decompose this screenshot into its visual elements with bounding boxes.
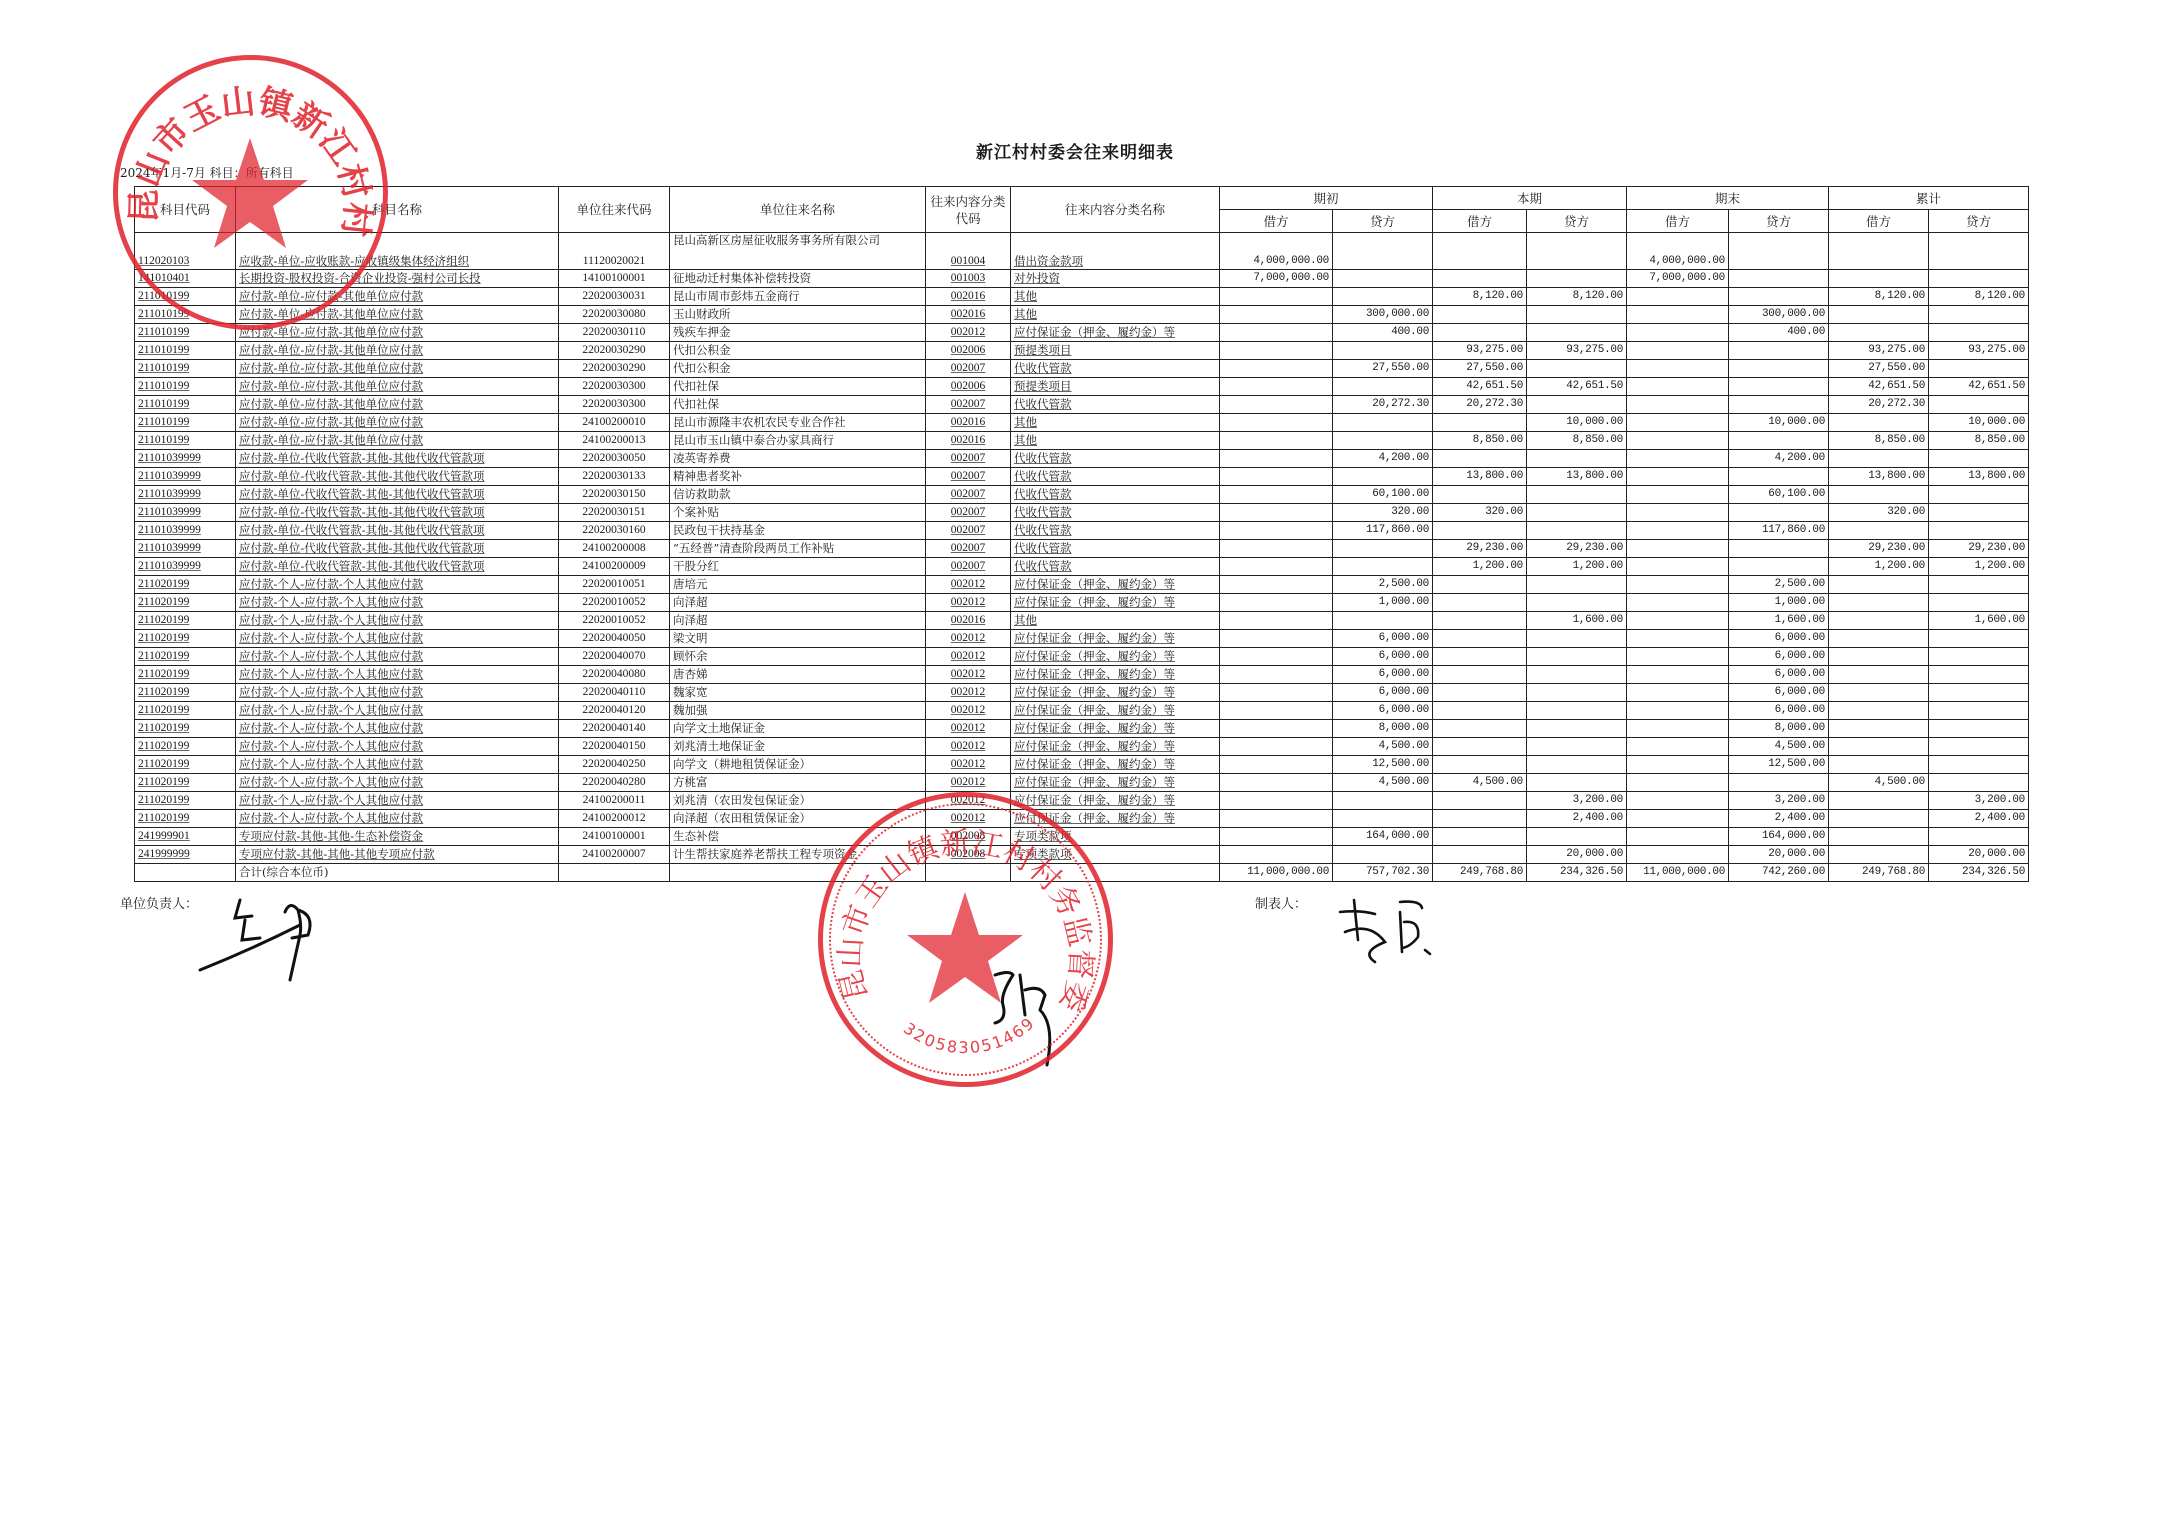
amount-cell-open-cr: 27,550.00 xyxy=(1333,360,1433,378)
header-credit: 贷方 xyxy=(1527,210,1627,233)
amount-cell-open-dr: 7,000,000.00 xyxy=(1220,270,1333,288)
amount-cell-cur-cr xyxy=(1527,684,1627,702)
amount-cell-cum-cr xyxy=(1929,828,2029,846)
amount-cell-end-dr xyxy=(1627,828,1729,846)
category-name-cell: 应付保证金（押金、履约金）等 xyxy=(1011,756,1220,774)
amount-cell-cur-dr xyxy=(1433,846,1527,864)
amount-cell-open-dr xyxy=(1220,486,1333,504)
amount-cell-cur-cr: 8,850.00 xyxy=(1527,432,1627,450)
amount-cell-end-dr xyxy=(1627,432,1729,450)
subject-name-cell: 应付款-个人-应付款-个人其他应付款 xyxy=(236,792,559,810)
category-code-cell: 002012 xyxy=(926,630,1011,648)
amount-cell-cur-cr: 42,651.50 xyxy=(1527,378,1627,396)
party-name-cell: 向学文土地保证金 xyxy=(670,720,926,738)
table-row: 21101039999应付款-单位-代收代管款-其他-其他代收代管款项22020… xyxy=(135,522,2029,540)
party-code-cell: 14100100001 xyxy=(559,270,670,288)
party-code-cell: 22020040050 xyxy=(559,630,670,648)
header-credit: 贷方 xyxy=(1333,210,1433,233)
amount-cell-cum-cr xyxy=(1929,396,2029,414)
table-row: 112020103应收款-单位-应收账款-应收镇级集体经济组织111200200… xyxy=(135,233,2029,270)
category-code-cell: 002016 xyxy=(926,306,1011,324)
category-name-cell: 代收代管款 xyxy=(1011,540,1220,558)
category-name-cell: 专项类款项 xyxy=(1011,846,1220,864)
category-name-cell: 其他 xyxy=(1011,432,1220,450)
amount-cell-cum-cr xyxy=(1929,522,2029,540)
table-row: 211010199应付款-单位-应付款-其他单位应付款24100200010昆山… xyxy=(135,414,2029,432)
party-name-cell: 刘兆清（农田发包保证金） xyxy=(670,792,926,810)
category-name-cell: 其他 xyxy=(1011,288,1220,306)
amount-cell-cur-dr: 27,550.00 xyxy=(1433,360,1527,378)
amount-cell-open-cr xyxy=(1333,233,1433,270)
party-code-cell: 24100200008 xyxy=(559,540,670,558)
amount-cell-end-cr: 1,000.00 xyxy=(1729,594,1829,612)
amount-cell-open-cr xyxy=(1333,270,1433,288)
amount-cell-cur-dr xyxy=(1433,233,1527,270)
subject-code-cell: 211020199 xyxy=(135,774,236,792)
amount-cell-cum-cr: 93,275.00 xyxy=(1929,342,2029,360)
subject-name-cell: 应付款-单位-应付款-其他单位应付款 xyxy=(236,432,559,450)
amount-cell-open-cr: 12,500.00 xyxy=(1333,756,1433,774)
amount-cell-open-cr: 6,000.00 xyxy=(1333,648,1433,666)
category-code-cell: 002007 xyxy=(926,468,1011,486)
subject-name-cell: 应付款-个人-应付款-个人其他应付款 xyxy=(236,594,559,612)
subject-name-cell: 应付款-单位-应付款-其他单位应付款 xyxy=(236,378,559,396)
amount-cell-cum-dr xyxy=(1829,270,1929,288)
amount-cell-cur-cr xyxy=(1527,738,1627,756)
amount-cell-open-cr xyxy=(1333,468,1433,486)
party-name-cell: 向泽超（农田租赁保证金） xyxy=(670,810,926,828)
amount-cell-end-dr xyxy=(1627,648,1729,666)
amount-cell-cur-dr xyxy=(1433,648,1527,666)
category-code-cell: 002012 xyxy=(926,774,1011,792)
amount-cell-end-dr xyxy=(1627,576,1729,594)
category-code-cell: 002007 xyxy=(926,540,1011,558)
total-amount-end-dr: 11,000,000.00 xyxy=(1627,864,1729,882)
category-name-cell: 应付保证金（押金、履约金）等 xyxy=(1011,324,1220,342)
category-name-cell: 应付保证金（押金、履约金）等 xyxy=(1011,792,1220,810)
category-name-cell: 代收代管款 xyxy=(1011,468,1220,486)
amount-cell-cum-dr: 4,500.00 xyxy=(1829,774,1929,792)
party-name-cell: 昆山市源隆丰农机农民专业合作社 xyxy=(670,414,926,432)
party-name-cell: 精神患者奖补 xyxy=(670,468,926,486)
amount-cell-end-cr: 4,500.00 xyxy=(1729,738,1829,756)
party-name-cell: 凌英寄养费 xyxy=(670,450,926,468)
party-name-cell: 向泽超 xyxy=(670,594,926,612)
amount-cell-end-cr: 117,860.00 xyxy=(1729,522,1829,540)
amount-cell-open-cr: 60,100.00 xyxy=(1333,486,1433,504)
category-code-cell: 002007 xyxy=(926,522,1011,540)
category-code-cell: 002016 xyxy=(926,414,1011,432)
party-code-cell: 24100200012 xyxy=(559,810,670,828)
amount-cell-cum-dr xyxy=(1829,666,1929,684)
amount-cell-cum-dr xyxy=(1829,450,1929,468)
amount-cell-cum-cr xyxy=(1929,450,2029,468)
category-name-cell: 应付保证金（押金、履约金）等 xyxy=(1011,810,1220,828)
amount-cell-end-cr xyxy=(1729,504,1829,522)
amount-cell-end-cr xyxy=(1729,396,1829,414)
amount-cell-open-cr xyxy=(1333,612,1433,630)
amount-cell-cum-cr xyxy=(1929,774,2029,792)
amount-cell-end-dr xyxy=(1627,558,1729,576)
amount-cell-end-cr: 12,500.00 xyxy=(1729,756,1829,774)
amount-cell-cur-dr xyxy=(1433,486,1527,504)
amount-cell-end-cr: 1,600.00 xyxy=(1729,612,1829,630)
amount-cell-end-dr xyxy=(1627,504,1729,522)
party-code-cell: 22020040070 xyxy=(559,648,670,666)
subject-name-cell: 应付款-个人-应付款-个人其他应付款 xyxy=(236,774,559,792)
amount-cell-cum-dr xyxy=(1829,828,1929,846)
party-code-cell: 22020010052 xyxy=(559,612,670,630)
subject-code-cell: 21101039999 xyxy=(135,540,236,558)
amount-cell-end-cr xyxy=(1729,378,1829,396)
amount-cell-cur-cr: 2,400.00 xyxy=(1527,810,1627,828)
subject-code-cell: 211020199 xyxy=(135,702,236,720)
amount-cell-open-cr: 4,500.00 xyxy=(1333,738,1433,756)
table-row: 21101039999应付款-单位-代收代管款-其他-其他代收代管款项24100… xyxy=(135,558,2029,576)
subject-name-cell: 应付款-单位-代收代管款-其他-其他代收代管款项 xyxy=(236,504,559,522)
amount-cell-cum-cr xyxy=(1929,233,2029,270)
category-name-cell: 对外投资 xyxy=(1011,270,1220,288)
party-code-cell: 24100200013 xyxy=(559,432,670,450)
total-amount-cur-cr: 234,326.50 xyxy=(1527,864,1627,882)
amount-cell-end-cr xyxy=(1729,360,1829,378)
amount-cell-cum-dr xyxy=(1829,306,1929,324)
category-code-cell: 002012 xyxy=(926,594,1011,612)
ledger-body: 112020103应收款-单位-应收账款-应收镇级集体经济组织111200200… xyxy=(135,233,2029,882)
amount-cell-cum-cr xyxy=(1929,702,2029,720)
table-row: 211020199应付款-个人-应付款-个人其他应付款22020010052向泽… xyxy=(135,594,2029,612)
unit-head-label: 单位负责人： xyxy=(120,893,198,912)
amount-cell-end-dr xyxy=(1627,450,1729,468)
amount-cell-cur-dr xyxy=(1433,522,1527,540)
category-name-cell: 代收代管款 xyxy=(1011,486,1220,504)
table-row: 211020199应付款-个人-应付款-个人其他应付款22020040120魏加… xyxy=(135,702,2029,720)
category-name-cell: 代收代管款 xyxy=(1011,396,1220,414)
table-row: 141010401长期投资-股权投资-合资企业投资-强村公司长投14100100… xyxy=(135,270,2029,288)
subject-code-cell: 211020199 xyxy=(135,720,236,738)
amount-cell-open-dr xyxy=(1220,432,1333,450)
amount-cell-cur-cr: 3,200.00 xyxy=(1527,792,1627,810)
amount-cell-end-cr: 20,000.00 xyxy=(1729,846,1829,864)
category-name-cell: 应付保证金（押金、履约金）等 xyxy=(1011,666,1220,684)
subject-code-cell: 241999999 xyxy=(135,846,236,864)
amount-cell-cur-cr xyxy=(1527,522,1627,540)
party-code-cell: 22020030031 xyxy=(559,288,670,306)
category-code-cell: 002007 xyxy=(926,558,1011,576)
amount-cell-open-dr xyxy=(1220,846,1333,864)
party-name-cell: 代扣公积金 xyxy=(670,342,926,360)
subject-code-cell: 211020199 xyxy=(135,648,236,666)
party-code-cell: 24100200007 xyxy=(559,846,670,864)
amount-cell-cur-cr xyxy=(1527,486,1627,504)
amount-cell-cum-cr: 42,651.50 xyxy=(1929,378,2029,396)
amount-cell-cur-cr xyxy=(1527,360,1627,378)
subject-name-cell: 应付款-单位-代收代管款-其他-其他代收代管款项 xyxy=(236,450,559,468)
subject-code-cell: 211010199 xyxy=(135,342,236,360)
subject-name-cell: 应付款-个人-应付款-个人其他应付款 xyxy=(236,666,559,684)
amount-cell-cur-dr xyxy=(1433,702,1527,720)
amount-cell-cur-cr xyxy=(1527,702,1627,720)
amount-cell-cum-cr: 8,850.00 xyxy=(1929,432,2029,450)
amount-cell-cur-cr: 1,600.00 xyxy=(1527,612,1627,630)
table-row: 211020199应付款-个人-应付款-个人其他应付款22020040110魏家… xyxy=(135,684,2029,702)
category-code-cell: 001003 xyxy=(926,270,1011,288)
header-category-code: 往来内容分类代码 xyxy=(926,187,1011,233)
amount-cell-cur-cr xyxy=(1527,828,1627,846)
party-name-cell: 唐培元 xyxy=(670,576,926,594)
amount-cell-end-dr xyxy=(1627,666,1729,684)
amount-cell-cur-cr: 8,120.00 xyxy=(1527,288,1627,306)
amount-cell-open-dr xyxy=(1220,468,1333,486)
amount-cell-end-dr xyxy=(1627,540,1729,558)
subject-name-cell: 应付款-个人-应付款-个人其他应付款 xyxy=(236,612,559,630)
subject-name-cell: 应收款-单位-应收账款-应收镇级集体经济组织 xyxy=(236,233,559,270)
total-blank-cell xyxy=(559,864,670,882)
amount-cell-end-dr xyxy=(1627,414,1729,432)
category-name-cell: 预提类项目 xyxy=(1011,378,1220,396)
party-code-cell: 22020040080 xyxy=(559,666,670,684)
amount-cell-cum-cr xyxy=(1929,360,2029,378)
header-closing: 期末 xyxy=(1627,187,1829,210)
amount-cell-end-cr: 2,500.00 xyxy=(1729,576,1829,594)
category-name-cell: 应付保证金（押金、履约金）等 xyxy=(1011,630,1220,648)
subject-name-cell: 专项应付款-其他-其他-生态补偿资金 xyxy=(236,828,559,846)
amount-cell-cum-cr: 3,200.00 xyxy=(1929,792,2029,810)
category-code-cell: 002016 xyxy=(926,612,1011,630)
amount-cell-end-cr: 10,000.00 xyxy=(1729,414,1829,432)
category-code-cell: 002008 xyxy=(926,828,1011,846)
amount-cell-open-dr xyxy=(1220,450,1333,468)
amount-cell-end-dr xyxy=(1627,396,1729,414)
amount-cell-end-dr xyxy=(1627,324,1729,342)
party-name-cell: 刘兆清土地保证金 xyxy=(670,738,926,756)
amount-cell-cur-dr: 93,275.00 xyxy=(1433,342,1527,360)
category-name-cell: 其他 xyxy=(1011,414,1220,432)
party-name-cell: “五经普”清查阶段两员工作补贴 xyxy=(670,540,926,558)
amount-cell-cum-dr xyxy=(1829,720,1929,738)
header-debit: 借方 xyxy=(1627,210,1729,233)
amount-cell-open-cr: 8,000.00 xyxy=(1333,720,1433,738)
amount-cell-cum-dr: 8,850.00 xyxy=(1829,432,1929,450)
table-row: 211020199应付款-个人-应付款-个人其他应付款24100200011刘兆… xyxy=(135,792,2029,810)
amount-cell-end-cr: 6,000.00 xyxy=(1729,630,1829,648)
header-credit: 贷方 xyxy=(1729,210,1829,233)
amount-cell-open-cr xyxy=(1333,432,1433,450)
amount-cell-cum-cr: 1,600.00 xyxy=(1929,612,2029,630)
amount-cell-end-dr: 4,000,000.00 xyxy=(1627,233,1729,270)
category-code-cell: 002007 xyxy=(926,360,1011,378)
header-opening: 期初 xyxy=(1220,187,1433,210)
amount-cell-open-dr xyxy=(1220,594,1333,612)
amount-cell-end-dr xyxy=(1627,360,1729,378)
amount-cell-cur-dr: 8,120.00 xyxy=(1433,288,1527,306)
amount-cell-open-dr xyxy=(1220,774,1333,792)
amount-cell-open-dr xyxy=(1220,306,1333,324)
amount-cell-cum-dr xyxy=(1829,612,1929,630)
party-name-cell: 民政包干扶持基金 xyxy=(670,522,926,540)
subject-name-cell: 长期投资-股权投资-合资企业投资-强村公司长投 xyxy=(236,270,559,288)
party-code-cell: 22020030150 xyxy=(559,486,670,504)
amount-cell-cum-dr: 93,275.00 xyxy=(1829,342,1929,360)
amount-cell-end-dr xyxy=(1627,612,1729,630)
amount-cell-end-dr xyxy=(1627,378,1729,396)
subject-code-cell: 211020199 xyxy=(135,666,236,684)
total-amount-cur-dr: 249,768.80 xyxy=(1433,864,1527,882)
amount-cell-cum-dr xyxy=(1829,756,1929,774)
amount-cell-cur-dr xyxy=(1433,666,1527,684)
amount-cell-open-cr xyxy=(1333,288,1433,306)
amount-cell-end-dr xyxy=(1627,486,1729,504)
amount-cell-open-cr xyxy=(1333,414,1433,432)
preparer-label: 制表人： xyxy=(1255,893,1307,912)
amount-cell-cum-dr: 13,800.00 xyxy=(1829,468,1929,486)
category-code-cell: 002007 xyxy=(926,450,1011,468)
subject-code-cell: 211020199 xyxy=(135,630,236,648)
party-code-cell: 22020040250 xyxy=(559,756,670,774)
amount-cell-end-dr xyxy=(1627,846,1729,864)
subject-code-cell: 211020199 xyxy=(135,792,236,810)
subject-code-cell: 21101039999 xyxy=(135,504,236,522)
header-party-name: 单位往来名称 xyxy=(670,187,926,233)
amount-cell-cum-cr xyxy=(1929,648,2029,666)
amount-cell-open-dr xyxy=(1220,828,1333,846)
party-name-cell: 代扣公积金 xyxy=(670,360,926,378)
header-subject-code: 科目代码 xyxy=(135,187,236,233)
party-code-cell: 22020030133 xyxy=(559,468,670,486)
amount-cell-end-dr: 7,000,000.00 xyxy=(1627,270,1729,288)
amount-cell-cum-dr: 42,651.50 xyxy=(1829,378,1929,396)
subject-name-cell: 应付款-单位-应付款-其他单位应付款 xyxy=(236,342,559,360)
amount-cell-open-dr xyxy=(1220,810,1333,828)
amount-cell-cum-dr xyxy=(1829,522,1929,540)
category-code-cell: 002006 xyxy=(926,342,1011,360)
table-row: 211010199应付款-单位-应付款-其他单位应付款22020030031昆山… xyxy=(135,288,2029,306)
category-code-cell: 002012 xyxy=(926,810,1011,828)
party-name-cell: 玉山财政所 xyxy=(670,306,926,324)
party-name-cell: 代扣社保 xyxy=(670,378,926,396)
amount-cell-open-dr xyxy=(1220,702,1333,720)
party-name-cell: 昆山高新区房屋征收服务事务所有限公司 xyxy=(670,233,926,270)
party-name-cell: 昆山市玉山镇中泰合办家具商行 xyxy=(670,432,926,450)
amount-cell-cur-cr: 29,230.00 xyxy=(1527,540,1627,558)
amount-cell-open-dr xyxy=(1220,522,1333,540)
table-row: 21101039999应付款-单位-代收代管款-其他-其他代收代管款项24100… xyxy=(135,540,2029,558)
amount-cell-end-cr: 164,000.00 xyxy=(1729,828,1829,846)
amount-cell-open-cr: 20,272.30 xyxy=(1333,396,1433,414)
subject-name-cell: 应付款-个人-应付款-个人其他应付款 xyxy=(236,576,559,594)
party-code-cell: 22020030160 xyxy=(559,522,670,540)
amount-cell-cur-dr: 42,651.50 xyxy=(1433,378,1527,396)
party-code-cell: 24100200011 xyxy=(559,792,670,810)
subject-name-cell: 应付款-个人-应付款-个人其他应付款 xyxy=(236,738,559,756)
amount-cell-end-dr xyxy=(1627,810,1729,828)
amount-cell-cur-cr xyxy=(1527,594,1627,612)
party-code-cell: 22020030110 xyxy=(559,324,670,342)
amount-cell-end-cr: 6,000.00 xyxy=(1729,684,1829,702)
amount-cell-open-dr xyxy=(1220,360,1333,378)
party-name-cell: 征地动迁村集体补偿转投资 xyxy=(670,270,926,288)
amount-cell-cum-cr: 10,000.00 xyxy=(1929,414,2029,432)
amount-cell-cum-dr xyxy=(1829,684,1929,702)
amount-cell-open-dr xyxy=(1220,738,1333,756)
amount-cell-open-dr xyxy=(1220,504,1333,522)
category-code-cell: 002008 xyxy=(926,846,1011,864)
total-amount-open-dr: 11,000,000.00 xyxy=(1220,864,1333,882)
amount-cell-end-dr xyxy=(1627,288,1729,306)
table-row: 211020199应付款-个人-应付款-个人其他应付款22020040070顾怀… xyxy=(135,648,2029,666)
table-row: 211020199应付款-个人-应付款-个人其他应付款22020040140向学… xyxy=(135,720,2029,738)
category-code-cell: 002012 xyxy=(926,792,1011,810)
amount-cell-end-dr xyxy=(1627,468,1729,486)
amount-cell-cum-cr xyxy=(1929,270,2029,288)
table-row: 211010199应付款-单位-应付款-其他单位应付款22020030080玉山… xyxy=(135,306,2029,324)
table-row: 211020199应付款-个人-应付款-个人其他应付款22020010052向泽… xyxy=(135,612,2029,630)
subject-name-cell: 应付款-单位-代收代管款-其他-其他代收代管款项 xyxy=(236,468,559,486)
amount-cell-cum-dr xyxy=(1829,486,1929,504)
total-amount-end-cr: 742,260.00 xyxy=(1729,864,1829,882)
amount-cell-open-dr xyxy=(1220,756,1333,774)
party-name-cell: 向泽超 xyxy=(670,612,926,630)
party-code-cell: 22020040280 xyxy=(559,774,670,792)
amount-cell-cur-cr xyxy=(1527,756,1627,774)
amount-cell-end-dr xyxy=(1627,594,1729,612)
subject-code-cell: 211010199 xyxy=(135,414,236,432)
subject-code-cell: 211020199 xyxy=(135,756,236,774)
amount-cell-open-dr xyxy=(1220,288,1333,306)
amount-cell-cur-cr xyxy=(1527,774,1627,792)
party-name-cell: 昆山市周市彭炜五金商行 xyxy=(670,288,926,306)
subject-name-cell: 应付款-个人-应付款-个人其他应付款 xyxy=(236,648,559,666)
category-name-cell: 应付保证金（押金、履约金）等 xyxy=(1011,594,1220,612)
amount-cell-cur-dr xyxy=(1433,630,1527,648)
subject-code-cell: 211010199 xyxy=(135,396,236,414)
amount-cell-cum-cr: 20,000.00 xyxy=(1929,846,2029,864)
amount-cell-cum-dr: 27,550.00 xyxy=(1829,360,1929,378)
amount-cell-cum-dr: 29,230.00 xyxy=(1829,540,1929,558)
amount-cell-cur-cr xyxy=(1527,233,1627,270)
category-name-cell: 预提类项目 xyxy=(1011,342,1220,360)
subject-name-cell: 应付款-单位-应付款-其他单位应付款 xyxy=(236,396,559,414)
amount-cell-cum-cr: 1,200.00 xyxy=(1929,558,2029,576)
amount-cell-end-cr xyxy=(1729,432,1829,450)
subject-name-cell: 应付款-单位-应付款-其他单位应付款 xyxy=(236,324,559,342)
header-debit: 借方 xyxy=(1829,210,1929,233)
party-code-cell: 22020040110 xyxy=(559,684,670,702)
amount-cell-cum-cr xyxy=(1929,630,2029,648)
amount-cell-cur-dr xyxy=(1433,756,1527,774)
party-name-cell: 干股分红 xyxy=(670,558,926,576)
amount-cell-cum-cr xyxy=(1929,594,2029,612)
total-amount-cum-dr: 249,768.80 xyxy=(1829,864,1929,882)
table-row: 211020199应付款-个人-应付款-个人其他应付款22020040250向学… xyxy=(135,756,2029,774)
category-name-cell: 专项类款项 xyxy=(1011,828,1220,846)
amount-cell-open-cr: 6,000.00 xyxy=(1333,684,1433,702)
category-code-cell: 002012 xyxy=(926,576,1011,594)
amount-cell-cum-cr: 2,400.00 xyxy=(1929,810,2029,828)
amount-cell-open-dr xyxy=(1220,648,1333,666)
amount-cell-end-cr: 2,400.00 xyxy=(1729,810,1829,828)
subject-name-cell: 应付款-单位-应付款-其他单位应付款 xyxy=(236,360,559,378)
subject-code-cell: 211020199 xyxy=(135,684,236,702)
amount-cell-cur-dr: 8,850.00 xyxy=(1433,432,1527,450)
amount-cell-cur-cr xyxy=(1527,630,1627,648)
total-label: 合计(综合本位币) xyxy=(236,864,559,882)
party-name-cell: 代扣社保 xyxy=(670,396,926,414)
amount-cell-open-dr: 4,000,000.00 xyxy=(1220,233,1333,270)
amount-cell-cum-cr xyxy=(1929,756,2029,774)
party-name-cell: 魏家宽 xyxy=(670,684,926,702)
header-credit: 贷方 xyxy=(1929,210,2029,233)
